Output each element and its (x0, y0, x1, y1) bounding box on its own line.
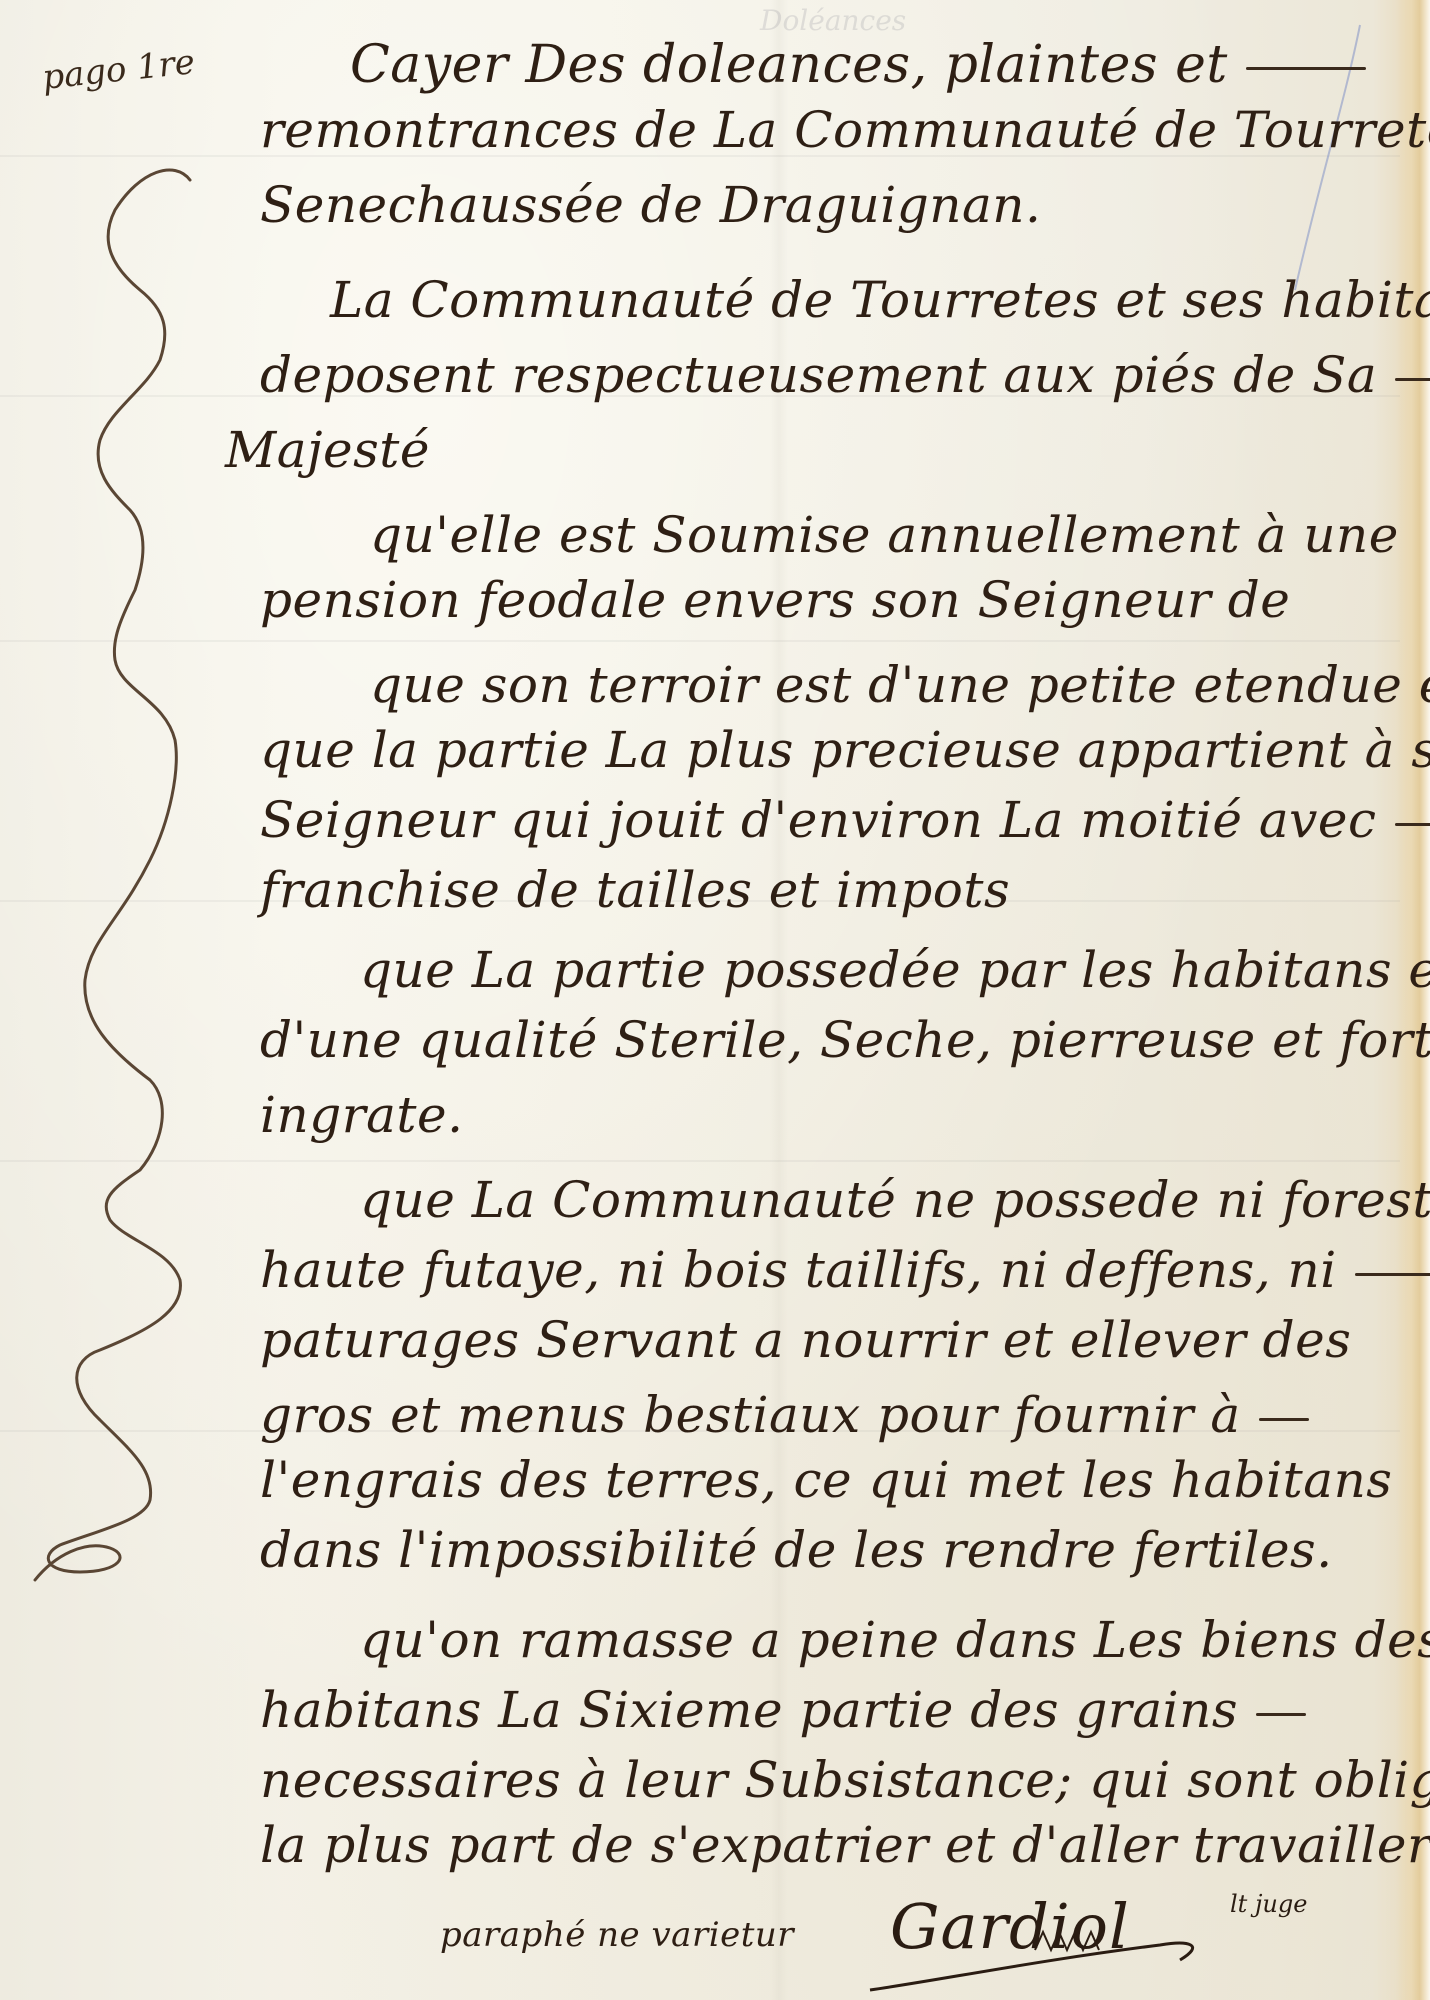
line-text: que la partie La plus precieuse appartie… (260, 721, 1430, 779)
body-line: qu'on ramasse a peine dans Les biens des (360, 1610, 1430, 1670)
line-text: remontrances de La Communauté de Tourret… (260, 101, 1430, 159)
body-line: franchise de tailles et impots (260, 860, 1010, 920)
line-text: l'engrais des terres, ce qui met les hab… (260, 1451, 1392, 1509)
body-line: l'engrais des terres, ce qui met les hab… (260, 1450, 1392, 1510)
body-line: haute futaye, ni bois taillifs, ni deffe… (260, 1240, 1430, 1300)
signature-flourish (860, 1920, 1220, 2000)
line-text: qu'on ramasse a peine dans Les biens des (360, 1611, 1430, 1669)
line-filler-dash (1256, 1713, 1306, 1716)
body-line: qu'elle est Soumise annuellement à une (370, 505, 1399, 565)
line-text: la plus part de s'expatrier et d'aller t… (260, 1816, 1430, 1874)
title-line-2: remontrances de La Communauté de Tourret… (260, 100, 1430, 160)
body-line: Majesté (225, 420, 430, 480)
body-line: dans l'impossibilité de les rendre ferti… (260, 1520, 1333, 1580)
body-line: habitans La Sixieme partie des grains (260, 1680, 1306, 1740)
line-text: pension feodale envers son Seigneur de (260, 571, 1290, 629)
body-line: gros et menus bestiaux pour fournir à (260, 1385, 1309, 1445)
bleed-through-header: Doléances (760, 4, 906, 37)
body-line: necessaires à leur Subsistance; qui sont… (260, 1750, 1430, 1810)
line-text: Seigneur qui jouit d'environ La moitié a… (260, 791, 1377, 849)
title-line-1: Cayer Des doleances, plaintes et (350, 35, 1366, 95)
line-filler-dash (1355, 1273, 1430, 1276)
line-text: que La partie possedée par les habitans … (360, 941, 1430, 999)
line-filler-dash (1395, 378, 1430, 381)
line-text: d'une qualité Sterile, Seche, pierreuse … (260, 1011, 1430, 1069)
line-text: que son terroir est d'une petite etendue… (370, 656, 1430, 714)
line-text: paturages Servant a nourrir et ellever d… (260, 1311, 1351, 1369)
line-text: habitans La Sixieme partie des grains (260, 1681, 1238, 1739)
body-line: que La Communauté ne possede ni forests … (360, 1170, 1430, 1230)
body-line: paturages Servant a nourrir et ellever d… (260, 1310, 1351, 1370)
signature-title: lt juge (1230, 1890, 1307, 1918)
line-text: ingrate. (260, 1086, 464, 1144)
line-text: Majesté (225, 421, 430, 479)
line-text: franchise de tailles et impots (260, 861, 1010, 919)
margin-wave-line (0, 0, 260, 2000)
line-text: dans l'impossibilité de les rendre ferti… (260, 1521, 1333, 1579)
line-text: haute futaye, ni bois taillifs, ni deffe… (260, 1241, 1337, 1299)
manuscript-page: Doléances pago 1re Cayer Des doleances, … (0, 0, 1430, 2000)
line-text: qu'elle est Soumise annuellement à une (370, 506, 1399, 564)
body-line: ingrate. (260, 1085, 464, 1145)
body-line: que La partie possedée par les habitans … (360, 940, 1430, 1000)
title-line-3: Senechaussée de Draguignan. (260, 175, 1041, 235)
line-text: La Communauté de Tourretes et ses habita… (330, 271, 1430, 329)
line-filler-dash (1395, 823, 1430, 826)
line-text: deposent respectueusement aux piés de Sa (260, 346, 1377, 404)
line-text: necessaires à leur Subsistance; qui sont… (260, 1751, 1430, 1809)
line-filler-dash (1246, 67, 1366, 70)
line-text: Senechaussée de Draguignan. (260, 176, 1041, 234)
paraphe-note: paraphé ne varietur (440, 1905, 794, 1965)
line-filler-dash (1259, 1418, 1309, 1421)
line-text: que La Communauté ne possede ni forests … (360, 1171, 1430, 1229)
body-line: que la partie La plus precieuse appartie… (260, 720, 1430, 780)
line-text: Cayer Des doleances, plaintes et (350, 35, 1228, 95)
body-line: d'une qualité Sterile, Seche, pierreuse … (260, 1010, 1430, 1070)
body-line: que son terroir est d'une petite etendue… (370, 655, 1430, 715)
body-line: La Communauté de Tourretes et ses habita… (330, 270, 1430, 330)
line-text: gros et menus bestiaux pour fournir à (260, 1386, 1241, 1444)
body-line: pension feodale envers son Seigneur de (260, 570, 1290, 630)
body-line: la plus part de s'expatrier et d'aller t… (260, 1815, 1430, 1875)
body-line: deposent respectueusement aux piés de Sa (260, 345, 1430, 405)
body-line: Seigneur qui jouit d'environ La moitié a… (260, 790, 1430, 850)
